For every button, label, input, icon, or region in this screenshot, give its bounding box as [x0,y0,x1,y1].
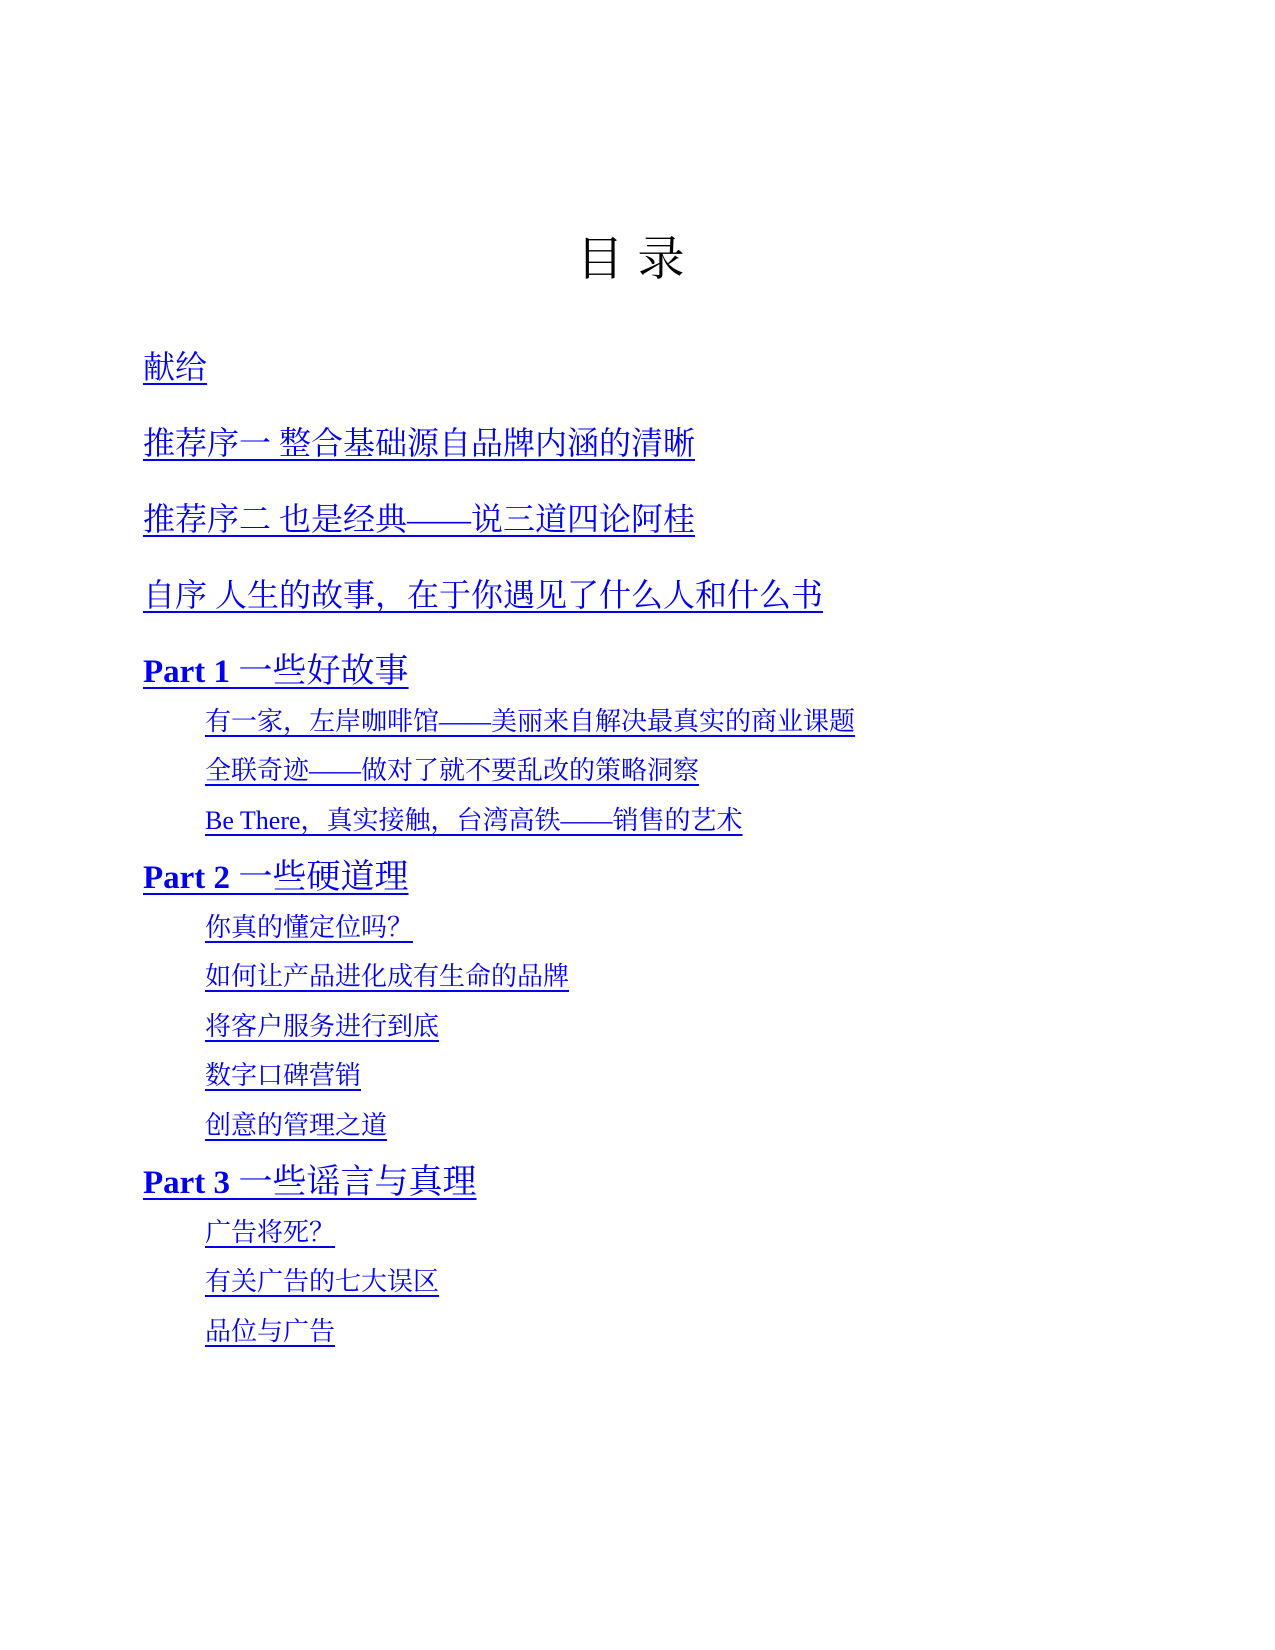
table-of-contents: 献给 推荐序一 整合基础源自品牌内涵的清晰 推荐序二 也是经典——说三道四论阿桂… [0,347,1275,1348]
toc-link-chapter[interactable]: 创意的管理之道 [205,1111,387,1140]
toc-link-foreword-2[interactable]: 推荐序二 也是经典——说三道四论阿桂 [143,501,695,537]
toc-link-part-3[interactable]: Part 3 一些谣言与真理 [143,1164,477,1201]
toc-link-dedication[interactable]: 献给 [143,349,207,385]
toc-link-chapter[interactable]: 将客户服务进行到底 [205,1012,439,1041]
toc-row: 如何让产品进化成有生命的品牌 [205,961,1185,994]
part-title-label: 一些谣言与真理 [239,1164,477,1201]
toc-row: Part 2 一些硬道理 [143,857,1185,900]
toc-link-chapter[interactable]: 全联奇迹——做对了就不要乱改的策略洞察 [205,756,699,785]
toc-link-foreword-1[interactable]: 推荐序一 整合基础源自品牌内涵的清晰 [143,425,695,461]
toc-link-part-2[interactable]: Part 2 一些硬道理 [143,859,409,896]
toc-row: 献给 [143,347,1185,387]
toc-row: 广告将死？ [205,1217,1185,1250]
part-number-label: Part 3 [143,1165,230,1201]
toc-row: Be There，真实接触，台湾高铁——销售的艺术 [205,805,1185,838]
toc-link-chapter[interactable]: 有关广告的七大误区 [205,1267,439,1296]
toc-row: 全联奇迹——做对了就不要乱改的策略洞察 [205,755,1185,788]
toc-link-preface[interactable]: 自序 人生的故事，在于你遇见了什么人和什么书 [143,577,823,613]
toc-row: 数字口碑营销 [205,1060,1185,1093]
toc-row: 推荐序一 整合基础源自品牌内涵的清晰 [143,423,1185,463]
toc-row: 有关广告的七大误区 [205,1266,1185,1299]
toc-link-chapter[interactable]: 有一家，左岸咖啡馆——美丽来自解决最真实的商业课题 [205,707,855,736]
part-title-label: 一些好故事 [239,653,409,690]
toc-row: 将客户服务进行到底 [205,1011,1185,1044]
toc-row: 有一家，左岸咖啡馆——美丽来自解决最真实的商业课题 [205,706,1185,739]
toc-link-chapter[interactable]: 品位与广告 [205,1317,335,1346]
toc-link-chapter[interactable]: 数字口碑营销 [205,1061,361,1090]
toc-page: 目录 献给 推荐序一 整合基础源自品牌内涵的清晰 推荐序二 也是经典——说三道四… [0,0,1275,1650]
toc-row: 推荐序二 也是经典——说三道四论阿桂 [143,499,1185,539]
toc-row: Part 3 一些谣言与真理 [143,1162,1185,1205]
part-title-label: 一些硬道理 [239,859,409,896]
toc-link-part-1[interactable]: Part 1 一些好故事 [143,653,409,690]
toc-link-chapter[interactable]: 如何让产品进化成有生命的品牌 [205,962,569,991]
page-title: 目录 [0,222,1275,289]
part-number-label: Part 2 [143,860,230,896]
part-number-label: Part 1 [143,654,230,690]
toc-link-chapter[interactable]: 广告将死？ [205,1218,335,1247]
toc-row: Part 1 一些好故事 [143,651,1185,694]
toc-row: 创意的管理之道 [205,1110,1185,1143]
toc-row: 自序 人生的故事，在于你遇见了什么人和什么书 [143,575,1185,615]
toc-link-chapter[interactable]: 你真的懂定位吗？ [205,913,413,942]
toc-link-chapter[interactable]: Be There，真实接触，台湾高铁——销售的艺术 [205,806,743,835]
toc-row: 品位与广告 [205,1316,1185,1349]
toc-row: 你真的懂定位吗？ [205,912,1185,945]
